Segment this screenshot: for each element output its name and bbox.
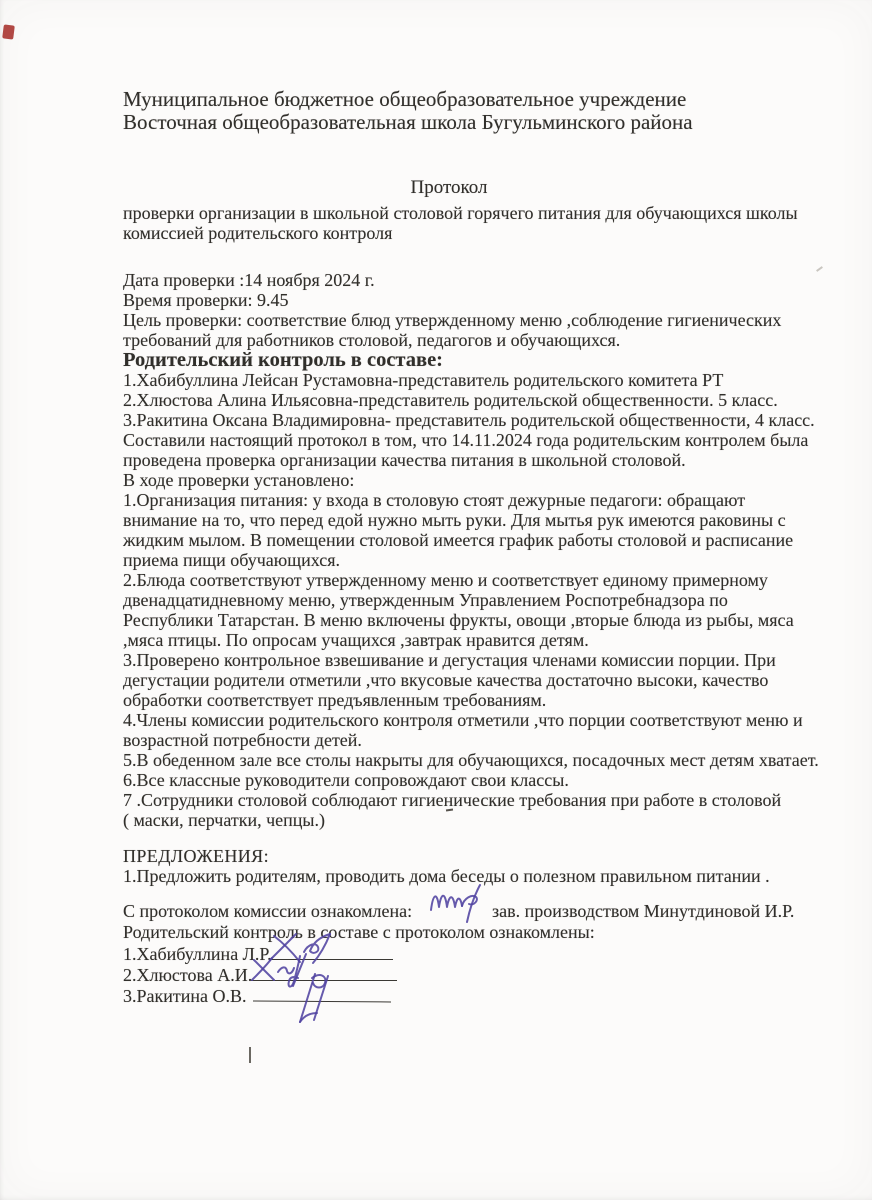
body-text-line: 1.Организация питания: у входа в столову…	[123, 490, 745, 510]
body-text-line: 6.Все классные руководители сопровождают…	[123, 770, 569, 790]
body-text-line: 4.Члены комиссии родительского контроля …	[123, 710, 803, 730]
body-text-line: обработки соответствует предъявленным тр…	[123, 690, 546, 710]
body-text-line: жидким мылом. В помещении столовой имеет…	[123, 530, 793, 550]
body-text-line: дегустации родители отметили ,что вкусов…	[123, 670, 768, 690]
proposals-heading: ПРЕДЛОЖЕНИЯ:	[123, 846, 269, 866]
document-page: Муниципальное бюджетное общеобразователь…	[0, 0, 872, 1200]
signer-label: 3.Ракитина О.В.	[123, 986, 247, 1006]
body-text-line: ( маски, перчатки, чепцы.)	[123, 810, 325, 830]
body-text-line: Составили настоящий протокол в том, что …	[123, 430, 808, 450]
org-name-line: Муниципальное бюджетное общеобразователь…	[123, 88, 686, 111]
body-text-line: проведена проверка организации качества …	[123, 450, 686, 470]
section-heading-line: Родительский контроль в составе:	[123, 350, 443, 370]
body-text-line: 2.Хлюстова Алина Ильясовна-представитель…	[123, 390, 778, 410]
body-text-line: внимание на то, что перед едой нужно мыт…	[123, 510, 786, 530]
body-text-line: возрастной потребности детей.	[123, 730, 362, 750]
document-subtitle-line: комиссией родительского контроля	[123, 223, 392, 243]
body-text-line: Цель проверки: соответствие блюд утвержд…	[123, 310, 781, 330]
body-text-line: Время проверки: 9.45	[123, 290, 289, 310]
minutdinova-signature	[428, 882, 490, 926]
body-text-line: 5.В обеденном зале все столы накрыты для…	[123, 750, 819, 770]
body-text-line: приема пищи обучающихся.	[123, 550, 340, 570]
red-ink-mark	[2, 24, 15, 39]
acknowledgement-line-start: С протоколом комиссии ознакомлена:	[123, 901, 412, 921]
document-title: Протокол	[123, 178, 775, 198]
body-text-line: Республики Татарстан. В меню включены фр…	[123, 610, 794, 630]
body-text-line: Дата проверки :14 ноября 2024 г.	[123, 270, 375, 290]
body-text-line: 3.Ракитина Оксана Владимировна- представ…	[123, 410, 815, 430]
acknowledgement-line2: Родительский контроль в составе с проток…	[123, 922, 595, 942]
body-text-line: 3.Проверено контрольное взвешивание и де…	[123, 650, 776, 670]
signer-label: 2.Хлюстова А.И.	[123, 965, 252, 985]
body-text-line: ,мяса птицы. По опросам учащихся ,завтра…	[123, 630, 589, 650]
body-text-line: 7 .Сотрудники столовой соблюдают гигиени…	[123, 790, 781, 810]
scan-speck-artifact	[816, 266, 823, 272]
org-name-line: Восточная общеобразовательная школа Бугу…	[123, 111, 693, 134]
rakitina-signature	[282, 970, 348, 1028]
body-text-line: В ходе проверки установлено:	[123, 470, 354, 490]
body-text-line: 1.Хабибуллина Лейсан Рустамовна-представ…	[123, 370, 723, 390]
body-text-line: двенадцатидневному меню, утвержденным Уп…	[123, 590, 728, 610]
scan-line-artifact	[249, 1047, 251, 1063]
body-text-line: требований для работников столовой, педа…	[123, 330, 620, 350]
body-text-line: 2.Блюда соответствуют утвержденному меню…	[123, 570, 768, 590]
document-subtitle-line: проверки организации в школьной столовой…	[123, 203, 798, 223]
acknowledgement-line-end: зав. производством Минутдиновой И.Р.	[492, 901, 794, 921]
